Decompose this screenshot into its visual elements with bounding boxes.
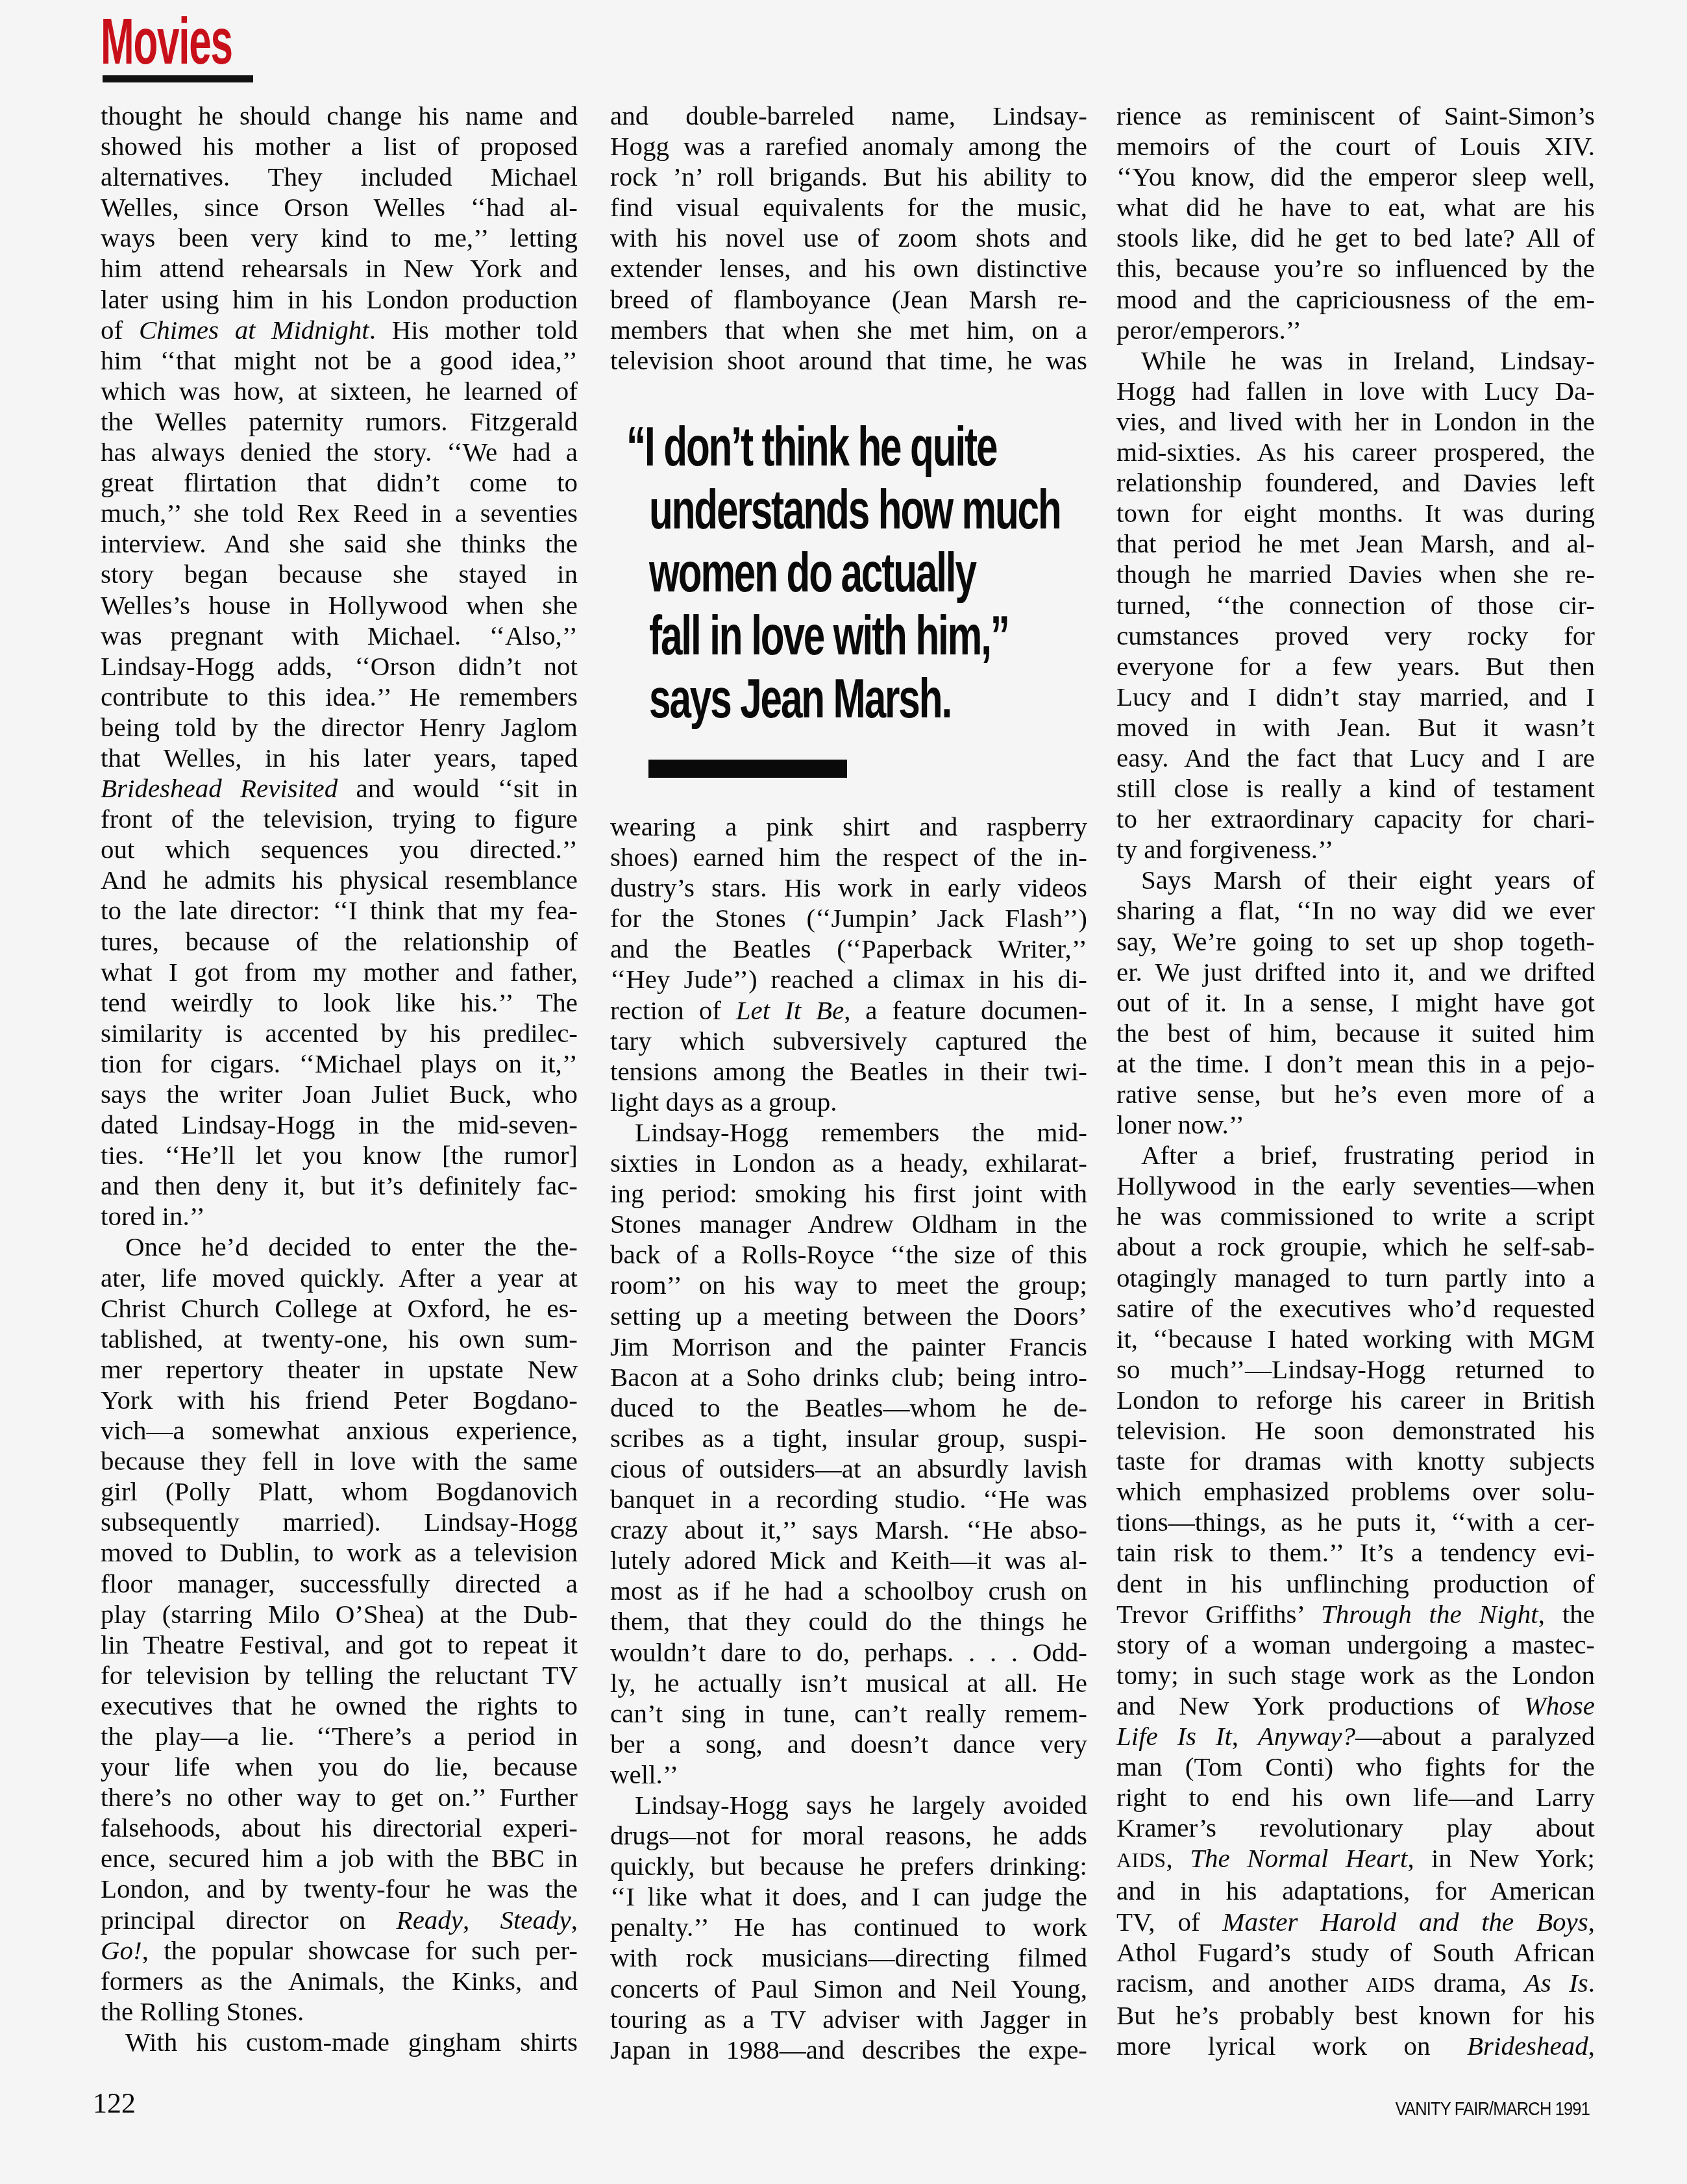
article-column-2-upper: and double-barreled name, Lindsay-Hogg w… (610, 101, 1087, 376)
text-line: ways been very kind to me,’’ letting (101, 223, 578, 253)
text-line: And he admits his physical resemblance (101, 865, 578, 895)
text-line: Athol Fugard’s study of South African (1116, 1937, 1595, 1968)
text-line: shoes) earned him the respect of the in- (610, 842, 1087, 873)
text-line: out of it. In a sense, I might have got (1116, 987, 1595, 1018)
text-line: rock ’n’ roll brigands. But his ability … (610, 162, 1087, 192)
text-line: TV, of Master Harold and the Boys, (1116, 1907, 1595, 1937)
text-line: was pregnant with Michael. ‘‘Also,’’ (101, 621, 578, 651)
text-line: extender lenses, and his own distinctive (610, 253, 1087, 284)
text-line: turned, ‘‘the connection of those cir- (1116, 590, 1595, 621)
text-line: tablished, at twenty-one, his own sum- (101, 1324, 578, 1354)
text-line: play (starring Milo O’Shea) at the Dub- (101, 1599, 578, 1630)
text-line: that Welles, in his later years, taped (101, 743, 578, 773)
text-line: concerts of Paul Simon and Neil Young, (610, 1974, 1087, 2004)
text-line: say, We’re going to set up shop togeth- (1116, 926, 1595, 957)
article-column-3: rience as reminiscent of Saint-Simon’sme… (1116, 101, 1595, 2061)
text-line: great flirtation that didn’t come to (101, 467, 578, 498)
text-line: lutely adored Mick and Keith—it was al- (610, 1545, 1087, 1576)
text-line: Japan in 1988—and describes the expe- (610, 2035, 1087, 2065)
text-line: tored in.’’ (101, 1201, 578, 1232)
text-line: and then deny it, but it’s definitely fa… (101, 1171, 578, 1201)
text-line: and New York productions of Whose (1116, 1691, 1595, 1721)
text-line: wouldn’t dare to do, perhaps. . . . Odd- (610, 1637, 1087, 1668)
pull-quote-rule (648, 760, 847, 778)
text-line: man (Tom Conti) who fights for the (1116, 1752, 1595, 1782)
text-line: tion for cigars. ‘‘Michael plays on it,’… (101, 1049, 578, 1079)
text-line: your life when you do lie, because (101, 1752, 578, 1782)
text-line: light days as a group. (610, 1087, 1087, 1117)
text-line: peror/emperors.’’ (1116, 315, 1595, 345)
text-line: Welles’s house in Hollywood when she (101, 590, 578, 621)
text-line: being told by the director Henry Jaglom (101, 712, 578, 743)
text-line: Hogg had fallen in love with Lucy Da- (1116, 376, 1595, 406)
text-line: scribes as a tight, insular group, suspi… (610, 1423, 1087, 1454)
text-line: mood and the capriciousness of the em- (1116, 284, 1595, 315)
text-line: Christ Church College at Oxford, he es- (101, 1293, 578, 1324)
text-line: everyone for a few years. But then (1116, 651, 1595, 682)
text-line: ‘‘You know, did the emperor sleep well, (1116, 162, 1595, 192)
text-line: right to end his own life—and Larry (1116, 1782, 1595, 1813)
text-line: for the Stones (‘‘Jumpin’ Jack Flash’’) (610, 903, 1087, 934)
text-line: After a brief, frustrating period in (1116, 1140, 1595, 1171)
text-line: later using him in his London production (101, 284, 578, 315)
text-line: moved to Dublin, to work as a television (101, 1537, 578, 1568)
text-line: formers as the Animals, the Kinks, and (101, 1966, 578, 1996)
article-column-2-lower: wearing a pink shirt and raspberryshoes)… (610, 812, 1087, 2065)
text-line: cumstances proved very rocky for (1116, 621, 1595, 651)
text-line: that period he met Jean Marsh, and al- (1116, 528, 1595, 559)
text-line: though he married Davies when she re- (1116, 559, 1595, 589)
text-line: relationship foundered, and Davies left (1116, 467, 1595, 498)
text-line: them, that they could do the things he (610, 1606, 1087, 1637)
text-line: tions—things, as he puts it, ‘‘with a ce… (1116, 1507, 1595, 1537)
text-line: to the late director: ‘‘I think that my … (101, 895, 578, 926)
text-line: still close is really a kind of testamen… (1116, 773, 1595, 804)
text-line: With his custom-made gingham shirts (101, 2027, 578, 2057)
pull-quote-attribution: says Jean Marsh. (626, 667, 944, 730)
text-line: says the writer Joan Juliet Buck, who (101, 1079, 578, 1110)
text-line: ence, secured him a job with the BBC in (101, 1843, 578, 1874)
text-line: mid-sixties. As his career prospered, th… (1116, 437, 1595, 467)
page-number: 122 (93, 2089, 136, 2118)
pull-quote-line: women do actually (626, 541, 944, 604)
text-line: er. We just drifted into it, and we drif… (1116, 957, 1595, 987)
text-line: duced to the Beatles—whom he de- (610, 1393, 1087, 1423)
pull-quote: “I don’t think he quite understands how … (626, 416, 1081, 730)
text-line: easy. And the fact that Lucy and I are (1116, 743, 1595, 773)
text-line: thought he should change his name and (101, 101, 578, 131)
text-line: ater, life moved quickly. After a year a… (101, 1263, 578, 1293)
text-line: and the Beatles (‘‘Paperback Writer,’’ (610, 934, 1087, 964)
text-line: similarity is accented by his predilec- (101, 1018, 578, 1049)
text-line: moved in with Jean. But it wasn’t (1116, 712, 1595, 743)
text-line: because they fell in love with the same (101, 1446, 578, 1476)
text-line: interview. And she said she thinks the (101, 528, 578, 559)
text-line: of Chimes at Midnight. His mother told (101, 315, 578, 345)
text-line: much,’’ she told Rex Reed in a seventies (101, 498, 578, 528)
text-line: wearing a pink shirt and raspberry (610, 812, 1087, 842)
text-line: and in his adaptations, for American (1116, 1876, 1595, 1906)
text-line: Jim Morrison and the painter Francis (610, 1332, 1087, 1362)
article-column-1: thought he should change his name andsho… (101, 101, 578, 2057)
text-line: tain risk to them.’’ It’s a tendency evi… (1116, 1537, 1595, 1568)
text-line: rection of Let It Be, a feature documen- (610, 995, 1087, 1026)
text-line: which emphasized problems over solu- (1116, 1476, 1595, 1507)
text-line: ber a song, and doesn’t dance very (610, 1729, 1087, 1759)
text-line: tures, because of the relationship of (101, 926, 578, 957)
text-line: alternatives. They included Michael (101, 162, 578, 192)
text-line: lin Theatre Festival, and got to repeat … (101, 1630, 578, 1660)
text-line: taste for dramas with knotty subjects (1116, 1446, 1595, 1476)
text-line: story of a woman undergoing a mastec- (1116, 1630, 1595, 1660)
text-line: memoirs of the court of Louis XIV. (1116, 131, 1595, 162)
text-line: to her extraordinary capacity for chari- (1116, 804, 1595, 834)
text-line: at the time. I don’t mean this in a pejo… (1116, 1049, 1595, 1079)
text-line: Once he’d decided to enter the the- (101, 1232, 578, 1262)
text-line: which was how, at sixteen, he learned of (101, 376, 578, 406)
text-line: the Rolling Stones. (101, 1996, 578, 2027)
text-line: cious of outsiders—at an absurdly lavish (610, 1454, 1087, 1484)
text-line: floor manager, successfully directed a (101, 1569, 578, 1599)
text-line: out which sequences you directed.’’ (101, 834, 578, 865)
text-line: about a rock groupie, which he self-sab- (1116, 1232, 1595, 1262)
text-line: there’s no other way to get on.’’ Furthe… (101, 1782, 578, 1813)
text-line: subsequently married). Lindsay-Hogg (101, 1507, 578, 1537)
text-line: dated Lindsay-Hogg in the mid-seven- (101, 1110, 578, 1140)
text-line: falsehoods, about his directorial experi… (101, 1813, 578, 1843)
pull-quote-line: fall in love with him,” (626, 604, 944, 667)
text-line: drugs—not for moral reasons, he adds (610, 1820, 1087, 1851)
text-line: Life Is It, Anyway?—about a paralyzed (1116, 1721, 1595, 1752)
text-line: him attend rehearsals in New York and (101, 253, 578, 284)
text-line: Trevor Griffiths’ Through the Night, the (1116, 1599, 1595, 1630)
text-line: town for eight months. It was during (1116, 498, 1595, 528)
text-line: Bacon at a Soho drinks club; being intro… (610, 1362, 1087, 1393)
text-line: the Welles paternity rumors. Fitzgerald (101, 406, 578, 437)
text-line: what did he have to eat, what are his (1116, 192, 1595, 223)
text-line: the best of him, because it suited him (1116, 1018, 1595, 1049)
text-line: and double-barreled name, Lindsay- (610, 101, 1087, 131)
section-title-rule (103, 75, 253, 82)
text-line: back of a Rolls-Royce ‘‘the size of this (610, 1239, 1087, 1270)
pull-quote-line: understands how much (626, 478, 944, 541)
text-line: most as if he had a schoolboy crush on (610, 1576, 1087, 1606)
text-line: members that when she met him, on a (610, 315, 1087, 345)
text-line: dent in his unflinching production of (1116, 1569, 1595, 1599)
text-line: find visual equivalents for the music, (610, 192, 1087, 223)
text-line: it, ‘‘because I hated working with MGM (1116, 1324, 1595, 1354)
text-line: Lucy and I didn’t stay married, and I (1116, 682, 1595, 712)
text-line: London to reforge his career in British (1116, 1385, 1595, 1415)
text-line: loner now.’’ (1116, 1110, 1595, 1140)
text-line: crazy about it,’’ says Marsh. ‘‘He abso- (610, 1515, 1087, 1545)
section-title: Movies (101, 9, 232, 74)
text-line: so much’’—Lindsay-Hogg returned to (1116, 1354, 1595, 1385)
text-line: ly, he actually isn’t musical at all. He (610, 1668, 1087, 1698)
text-line: this, because you’re so influenced by th… (1116, 253, 1595, 284)
pull-quote-line: “I don’t think he quite (626, 416, 944, 478)
text-line: touring as a TV adviser with Jagger in (610, 2004, 1087, 2035)
text-line: sixties in London as a heady, exhilarat- (610, 1148, 1087, 1178)
text-line: otagingly managed to turn partly into a (1116, 1263, 1595, 1293)
text-line: room’’ on his way to meet the group; (610, 1270, 1087, 1300)
text-line: But he’s probably best known for his (1116, 2000, 1595, 2031)
text-line: ‘‘I like what it does, and I can judge t… (610, 1881, 1087, 1912)
text-line: breed of flamboyance (Jean Marsh re- (610, 284, 1087, 315)
text-line: well.’’ (610, 1759, 1087, 1790)
text-line: satire of the executives who’d requested (1116, 1293, 1595, 1324)
text-line: Says Marsh of their eight years of (1116, 865, 1595, 895)
text-line: London, and by twenty-four he was the (101, 1874, 578, 1904)
text-line: vies, and lived with her in London in th… (1116, 406, 1595, 437)
publication-credit: VANITY FAIR/MARCH 1991 (1396, 2100, 1590, 2119)
text-line: AIDS, The Normal Heart, in New York; (1116, 1843, 1595, 1876)
text-line: sharing a flat, ‘‘In no way did we ever (1116, 895, 1595, 926)
text-line: York with his friend Peter Bogdano- (101, 1385, 578, 1415)
text-line: rative sense, but he’s even more of a (1116, 1079, 1595, 1110)
text-line: ty and forgiveness.’’ (1116, 834, 1595, 865)
text-line: dustry’s stars. His work in early videos (610, 873, 1087, 903)
text-line: rience as reminiscent of Saint-Simon’s (1116, 101, 1595, 131)
text-line: tend weirdly to look like his.’’ The (101, 987, 578, 1018)
text-line: with his novel use of zoom shots and (610, 223, 1087, 253)
text-line: girl (Polly Platt, whom Bogdanovich (101, 1476, 578, 1507)
text-line: banquet in a recording studio. ‘‘He was (610, 1484, 1087, 1515)
text-line: television. He soon demonstrated his (1116, 1415, 1595, 1446)
text-line: for television by telling the reluctant … (101, 1660, 578, 1691)
text-line: While he was in Ireland, Lindsay- (1116, 345, 1595, 376)
text-line: contribute to this idea.’’ He remembers (101, 682, 578, 712)
text-line: racism, and another AIDS drama, As Is. (1116, 1968, 1595, 2000)
text-line: executives that he owned the rights to (101, 1691, 578, 1721)
text-line: what I got from my mother and father, (101, 957, 578, 987)
text-line: principal director on Ready, Steady, (101, 1905, 578, 1935)
text-line: him ‘‘that might not be a good idea,’’ (101, 345, 578, 376)
text-line: showed his mother a list of proposed (101, 131, 578, 162)
text-line: Brideshead Revisited and would ‘‘sit in (101, 773, 578, 804)
text-line: can’t sing in tune, can’t really remem- (610, 1698, 1087, 1729)
text-line: Go!, the popular showcase for such per- (101, 1935, 578, 1966)
text-line: Lindsay-Hogg remembers the mid- (610, 1117, 1087, 1148)
text-line: stools like, did he get to bed late? All… (1116, 223, 1595, 253)
text-line: Lindsay-Hogg says he largely avoided (610, 1790, 1087, 1820)
text-line: more lyrical work on Brideshead, (1116, 2031, 1595, 2061)
text-line: Hogg was a rarefied anomaly among the (610, 131, 1087, 162)
text-line: tary which subversively captured the (610, 1026, 1087, 1056)
text-line: mer repertory theater in upstate New (101, 1354, 578, 1385)
text-line: front of the television, trying to figur… (101, 804, 578, 834)
text-line: Lindsay-Hogg adds, ‘‘Orson didn’t not (101, 651, 578, 682)
text-line: story began because she stayed in (101, 559, 578, 589)
text-line: penalty.’’ He has continued to work (610, 1912, 1087, 1942)
text-line: he was commissioned to write a script (1116, 1201, 1595, 1232)
text-line: Hollywood in the early seventies—when (1116, 1171, 1595, 1201)
text-line: has always denied the story. ‘‘We had a (101, 437, 578, 467)
text-line: with rock musicians—directing filmed (610, 1942, 1087, 1973)
text-line: television shoot around that time, he wa… (610, 345, 1087, 376)
text-line: Kramer’s revolutionary play about (1116, 1813, 1595, 1843)
text-line: setting up a meeting between the Doors’ (610, 1301, 1087, 1332)
text-line: ‘‘Hey Jude’’) reached a climax in his di… (610, 964, 1087, 995)
text-line: tensions among the Beatles in their twi- (610, 1056, 1087, 1087)
text-line: the play—a lie. ‘‘There’s a period in (101, 1721, 578, 1752)
text-line: ing period: smoking his first joint with (610, 1178, 1087, 1209)
text-line: Stones manager Andrew Oldham in the (610, 1209, 1087, 1239)
text-line: Welles, since Orson Welles ‘‘had al- (101, 192, 578, 223)
text-line: quickly, but because he prefers drinking… (610, 1851, 1087, 1881)
text-line: tomy; in such stage work as the London (1116, 1660, 1595, 1691)
text-line: vich—a somewhat anxious experience, (101, 1415, 578, 1446)
text-line: ties. ‘‘He’ll let you know [the rumor] (101, 1140, 578, 1171)
